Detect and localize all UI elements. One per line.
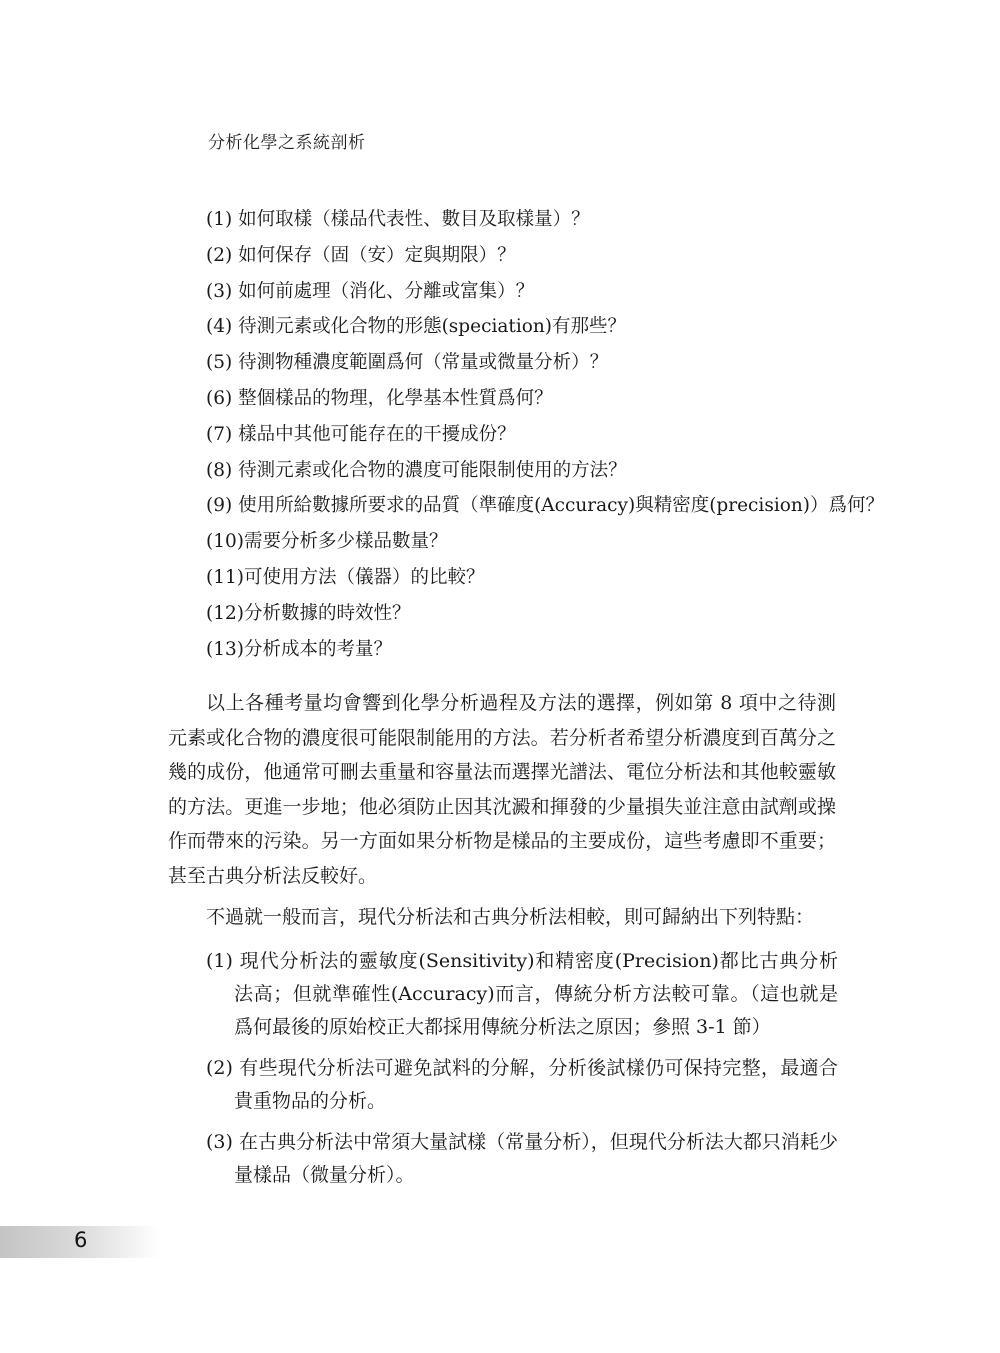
question-item-8: (8) 待測元素或化合物的濃度可能限制使用的方法？: [206, 456, 846, 492]
question-item-9: (9) 使用所給數據所要求的品質（準確度(Accuracy)與精密度(preci…: [206, 491, 846, 527]
question-item-13: (13)分析成本的考量？: [206, 635, 846, 671]
modern-method-feature-list: (1) 現代分析法的靈敏度(Sensitivity)和精密度(Precision…: [206, 945, 838, 1200]
feature-item-1: (1) 現代分析法的靈敏度(Sensitivity)和精密度(Precision…: [206, 945, 838, 1044]
question-item-2: (2) 如何保存（固（安）定與期限）？: [206, 241, 846, 277]
body-paragraph-considerations: 以上各種考量均會響到化學分析過程及方法的選擇，例如第 8 項中之待測元素或化合物…: [168, 686, 836, 893]
question-item-6: (6) 整個樣品的物理，化學基本性質爲何？: [206, 384, 846, 420]
consideration-question-list: (1) 如何取樣（樣品代表性、數目及取樣量）？ (2) 如何保存（固（安）定與期…: [206, 205, 846, 670]
question-item-4: (4) 待測元素或化合物的形態(speciation)有那些？: [206, 312, 846, 348]
feature-item-2: (2) 有些現代分析法可避免試料的分解，分析後試樣仍可保持完整，最適合貴重物品的…: [206, 1052, 838, 1118]
question-item-11: (11)可使用方法（儀器）的比較？: [206, 563, 846, 599]
page-number: 6: [74, 1228, 87, 1252]
question-item-5: (5) 待測物種濃度範圍爲何（常量或微量分析）？: [206, 348, 846, 384]
question-item-3: (3) 如何前處理（消化、分離或富集）？: [206, 277, 846, 313]
question-item-10: (10)需要分析多少樣品數量？: [206, 527, 846, 563]
question-item-7: (7) 樣品中其他可能存在的干擾成份？: [206, 420, 846, 456]
question-item-12: (12)分析數據的時效性？: [206, 599, 846, 635]
body-paragraph-comparison-intro: 不過就一般而言，現代分析法和古典分析法相較，則可歸納出下列特點：: [168, 900, 836, 935]
question-item-1: (1) 如何取樣（樣品代表性、數目及取樣量）？: [206, 205, 846, 241]
feature-item-3: (3) 在古典分析法中常須大量試樣（常量分析），但現代分析法大都只消耗少量樣品（…: [206, 1126, 838, 1192]
running-header-title: 分析化學之系統剖析: [208, 128, 366, 153]
